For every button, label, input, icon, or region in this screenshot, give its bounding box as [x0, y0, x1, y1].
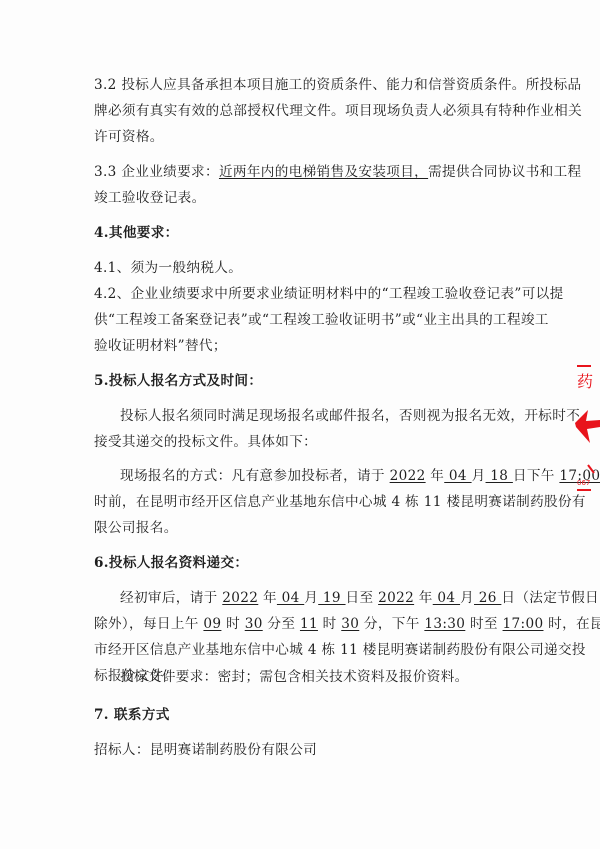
submit-end-month: 04 — [433, 590, 460, 606]
submit-start-day: 19 — [318, 590, 345, 606]
s6-para1-line2: 除外），每日上午 09 时 30 分至 11 时 30 分，下午 13:30 时… — [94, 615, 534, 633]
am-end-hour: 11 — [300, 616, 318, 632]
s3-2-line2: 牌必须有真实有效的总部授权代理文件。项目现场负责人必须具有特种作业相关 — [94, 102, 534, 120]
s3-2-line3: 许可资格。 — [94, 128, 534, 146]
text-segment: 时 — [318, 616, 341, 632]
submit-end-day: 26 — [474, 590, 501, 606]
am-start-minute: 30 — [245, 616, 263, 632]
s4-item2-line2: 供“工程竣工备案登记表”或“工程竣工验收证明书”或“业主出具的工程竣工 — [94, 311, 534, 329]
am-end-minute: 30 — [341, 616, 359, 632]
s3-3-line2: 竣工验收登记表。 — [94, 189, 534, 207]
text-segment: 时，在昆明 — [543, 616, 600, 632]
text-segment: 日至 — [346, 590, 379, 606]
text-segment: 年 — [414, 590, 433, 606]
s6-para1-line3: 市经开区信息产业基地东信中心城 4 栋 11 楼昆明赛诺制药股份有限公司递交投 — [94, 641, 534, 659]
text-segment: 日（法定节假日 — [501, 590, 599, 606]
company-seal-stamp: 药 067 — [570, 365, 600, 495]
s5-para2-line1: 现场报名的方式：凡有意参加投标者，请于 2022 年 04 月 18 日下午 1… — [120, 467, 560, 485]
signup-year: 2022 — [390, 468, 426, 484]
text-segment: 分至 — [263, 616, 300, 632]
s5-para1-line1: 投标人报名须同时满足现场报名或邮件报名，否则视为报名无效，开标时不 — [120, 407, 560, 425]
s6-para1-line1: 经初审后，请于 2022 年 04 月 19 日至 2022 年 04 月 26… — [120, 589, 560, 607]
pm-start-time: 13:30 — [424, 616, 465, 632]
signup-day: 18 — [486, 468, 513, 484]
am-start-hour: 09 — [203, 616, 221, 632]
svg-text:067: 067 — [577, 479, 590, 487]
s4-item2-line1: 4.2、企业业绩要求中所要求业绩证明材料中的“工程竣工验收登记表”可以提 — [94, 285, 534, 303]
s4-item1: 4.1、须为一般纳税人。 — [94, 259, 534, 277]
text-segment: 日下午 — [513, 468, 560, 484]
document-page: 3.2 投标人应具备承担本项目施工的资质条件、能力和信誉资质条件。所投标品 牌必… — [0, 0, 600, 849]
text-segment: 除外），每日上午 — [94, 616, 203, 632]
s5-heading: 5.投标人报名方式及时间： — [94, 372, 534, 390]
submit-start-year: 2022 — [222, 590, 258, 606]
s3-2-line1: 3.2 投标人应具备承担本项目施工的资质条件、能力和信誉资质条件。所投标品 — [94, 76, 534, 94]
s7-tenderer: 招标人：昆明赛诺制药股份有限公司 — [94, 741, 534, 759]
text-segment: 年 — [426, 468, 445, 484]
s6-para2: 投标文件要求：密封；需包含相关技术资料及报价资料。 — [120, 668, 560, 686]
seal-icon: 药 067 — [570, 365, 600, 495]
s5-para1-line2: 接受其递交的投标文件。具体如下： — [94, 433, 534, 451]
s5-para2-line3: 限公司报名。 — [94, 519, 534, 537]
s3-3-prefix: 3.3 企业业绩要求： — [94, 164, 219, 180]
s5-para2-line2: 时前，在昆明市经开区信息产业基地东信中心城 4 栋 11 楼昆明赛诺制药股份有 — [94, 493, 534, 511]
pm-end-time: 17:00 — [503, 616, 544, 632]
signup-month: 04 — [444, 468, 471, 484]
text-segment: 年 — [258, 590, 277, 606]
text-segment: 月 — [460, 590, 474, 606]
text-segment: 经初审后，请于 — [120, 590, 222, 606]
submit-start-month: 04 — [277, 590, 304, 606]
s3-3-suffix: 需提供合同协议书和工程 — [428, 164, 581, 180]
s3-3-underlined: 近两年内的电梯销售及安装项目， — [219, 164, 428, 180]
s4-heading: 4.其他要求： — [94, 224, 534, 242]
s3-3-line1: 3.3 企业业绩要求：近两年内的电梯销售及安装项目，需提供合同协议书和工程 — [94, 163, 534, 181]
text-segment: 现场报名的方式：凡有意参加投标者，请于 — [120, 468, 390, 484]
s6-heading: 6.投标人报名资料递交： — [94, 554, 534, 572]
submit-end-year: 2022 — [378, 590, 414, 606]
text-segment: 月 — [472, 468, 486, 484]
s7-heading: 7. 联系方式 — [94, 706, 534, 724]
text-segment: 月 — [304, 590, 318, 606]
s4-item2-line3: 验收证明材料”替代； — [94, 337, 534, 355]
text-segment: 时至 — [465, 616, 502, 632]
text-segment: 时 — [221, 616, 244, 632]
seal-char: 药 — [577, 372, 593, 391]
text-segment: 分，下午 — [359, 616, 424, 632]
